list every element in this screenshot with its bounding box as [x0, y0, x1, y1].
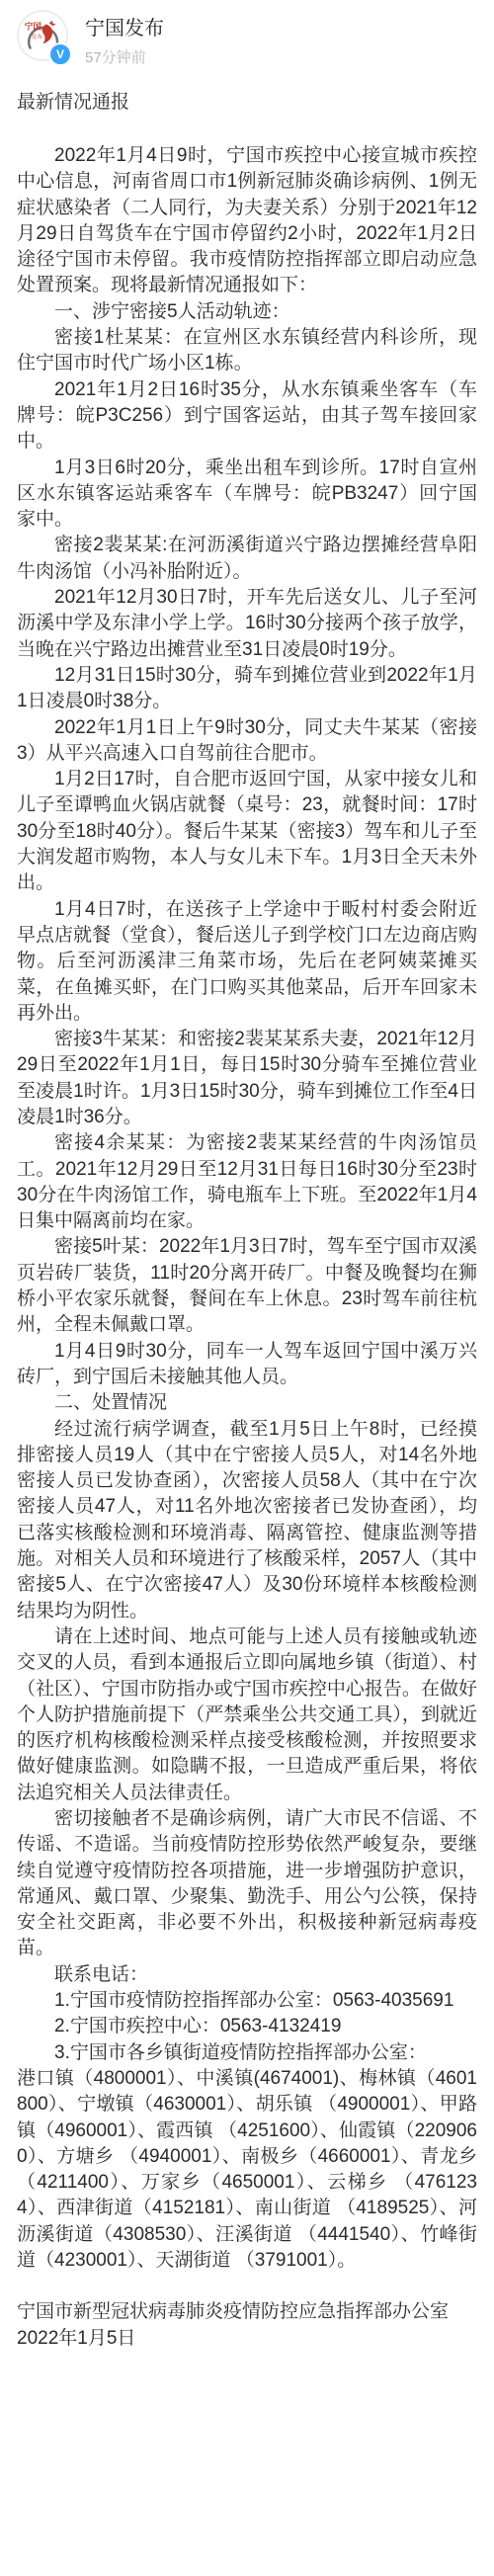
article-paragraph: 联系电话： — [17, 1962, 477, 1988]
article-paragraph: 密接1杜某某：在宣州区水东镇经营内科诊所，现住宁国市时代广场小区1栋。 — [17, 325, 477, 377]
article-paragraph: 请在上述时间、地点可能与上述人员有接触或轨迹交叉的人员，看到本通报后立即向属地乡… — [17, 1624, 477, 1806]
article-paragraph: 经过流行病学调查，截至1月5日上午8时，已经摸排密接人员19人（其中在宁密接人员… — [17, 1417, 477, 1624]
article-paragraph: 二、处置情况 — [17, 1390, 477, 1416]
article-paragraph: 2021年1月2日16时35分，从水东镇乘坐客车（车牌号：皖P3C256）到宁国… — [17, 377, 477, 456]
article-paragraph: 1月2日17时，自合肥市返回宁国，从家中接女儿和儿子至谭鸭血火锅店就餐（桌号：2… — [17, 767, 477, 896]
article-paragraph: 密接2裴某某:在河沥溪街道兴宁路边摆摊经营阜阳牛肉汤馆（小冯补胎附近）。 — [17, 533, 477, 585]
article-paragraph: 一、涉宁密接5人活动轨迹： — [17, 299, 477, 325]
article-paragraph: 2022年1月4日9时，宁国市疾控中心接宣城市疾控中心信息，河南省周口市1例新冠… — [17, 143, 477, 299]
article-paragraph: 密接5叶某：2022年1月3日7时，驾车至宁国市双溪页岩砖厂装货，11时20分离… — [17, 1234, 477, 1338]
avatar-seal-bottom-text: 发布 — [31, 33, 42, 41]
article-body: 2022年1月4日9时，宁国市疾控中心接宣城市疾控中心信息，河南省周口市1例新冠… — [17, 143, 477, 2274]
article-paragraph: 12月31日15时30分，骑车到摊位营业到2022年1月1日凌晨0时38分。 — [17, 663, 477, 715]
article-signature: 宁国市新型冠状病毒肺炎疫情防控应急指挥部办公室 2022年1月5日 — [17, 2299, 477, 2352]
header-info: 宁国发布 57分钟前 — [85, 10, 164, 67]
signature-line: 2022年1月5日 — [17, 2326, 477, 2352]
article-paragraph: 1月4日9时30分，同车一人驾车返回宁国中溪万兴砖厂，到宁国后未接触其他人员。 — [17, 1339, 477, 1391]
article-paragraph: 3.宁国市各乡镇街道疫情防控指挥部办公室： — [17, 2040, 477, 2066]
article-paragraph: 2021年12月30日7时，开车先后送女儿、儿子至河沥溪中学及东津小学上学。16… — [17, 585, 477, 663]
signature-line: 宁国市新型冠状病毒肺炎疫情防控应急指挥部办公室 — [17, 2299, 477, 2325]
article-paragraph: 1月3日6时20分，乘坐出租车到诊所。17时自宣州区水东镇客运站乘客车（车牌号：… — [17, 456, 477, 534]
post-page: 宁国 发布 V 宁国发布 57分钟前 最新情况通报 2022年1月4日9时，宁国… — [0, 0, 494, 2362]
article-paragraph: 2022年1月1日上午9时30分，同丈夫牛某某（密接3）从平兴高速入口自驾前往合… — [17, 715, 477, 768]
account-name[interactable]: 宁国发布 — [85, 12, 164, 41]
account-avatar[interactable]: 宁国 发布 V — [17, 10, 68, 61]
article-paragraph: 密接4余某某：为密接2裴某某经营的牛肉汤馆员工。2021年12月29日至12月3… — [17, 1130, 477, 1234]
post-timestamp: 57分钟前 — [85, 46, 164, 67]
article-paragraph: 1.宁国市疫情防控指挥部办公室：0563-4035691 — [17, 1988, 477, 2014]
article-title: 最新情况通报 — [17, 87, 477, 114]
avatar-seal-top-text: 宁国 — [25, 20, 42, 31]
post-header: 宁国 发布 V 宁国发布 57分钟前 — [17, 10, 477, 67]
article-paragraph: 港口镇（4800001）、中溪镇(4674001)、梅林镇（4601800）、宁… — [17, 2066, 477, 2274]
article-paragraph: 2.宁国市疾控中心：0563-4132419 — [17, 2014, 477, 2039]
verified-badge-icon: V — [48, 42, 72, 66]
article-paragraph: 密切接触者不是确诊病例，请广大市民不信谣、不传谣、不造谣。当前疫情防控形势依然严… — [17, 1806, 477, 1962]
article-paragraph: 密接3牛某某：和密接2裴某某系夫妻，2021年12月29日至2022年1月1日，… — [17, 1027, 477, 1130]
article-paragraph: 1月4日7时，在送孩子上学途中于畈村村委会附近早点店就餐（堂食），餐后送儿子到学… — [17, 897, 477, 1027]
